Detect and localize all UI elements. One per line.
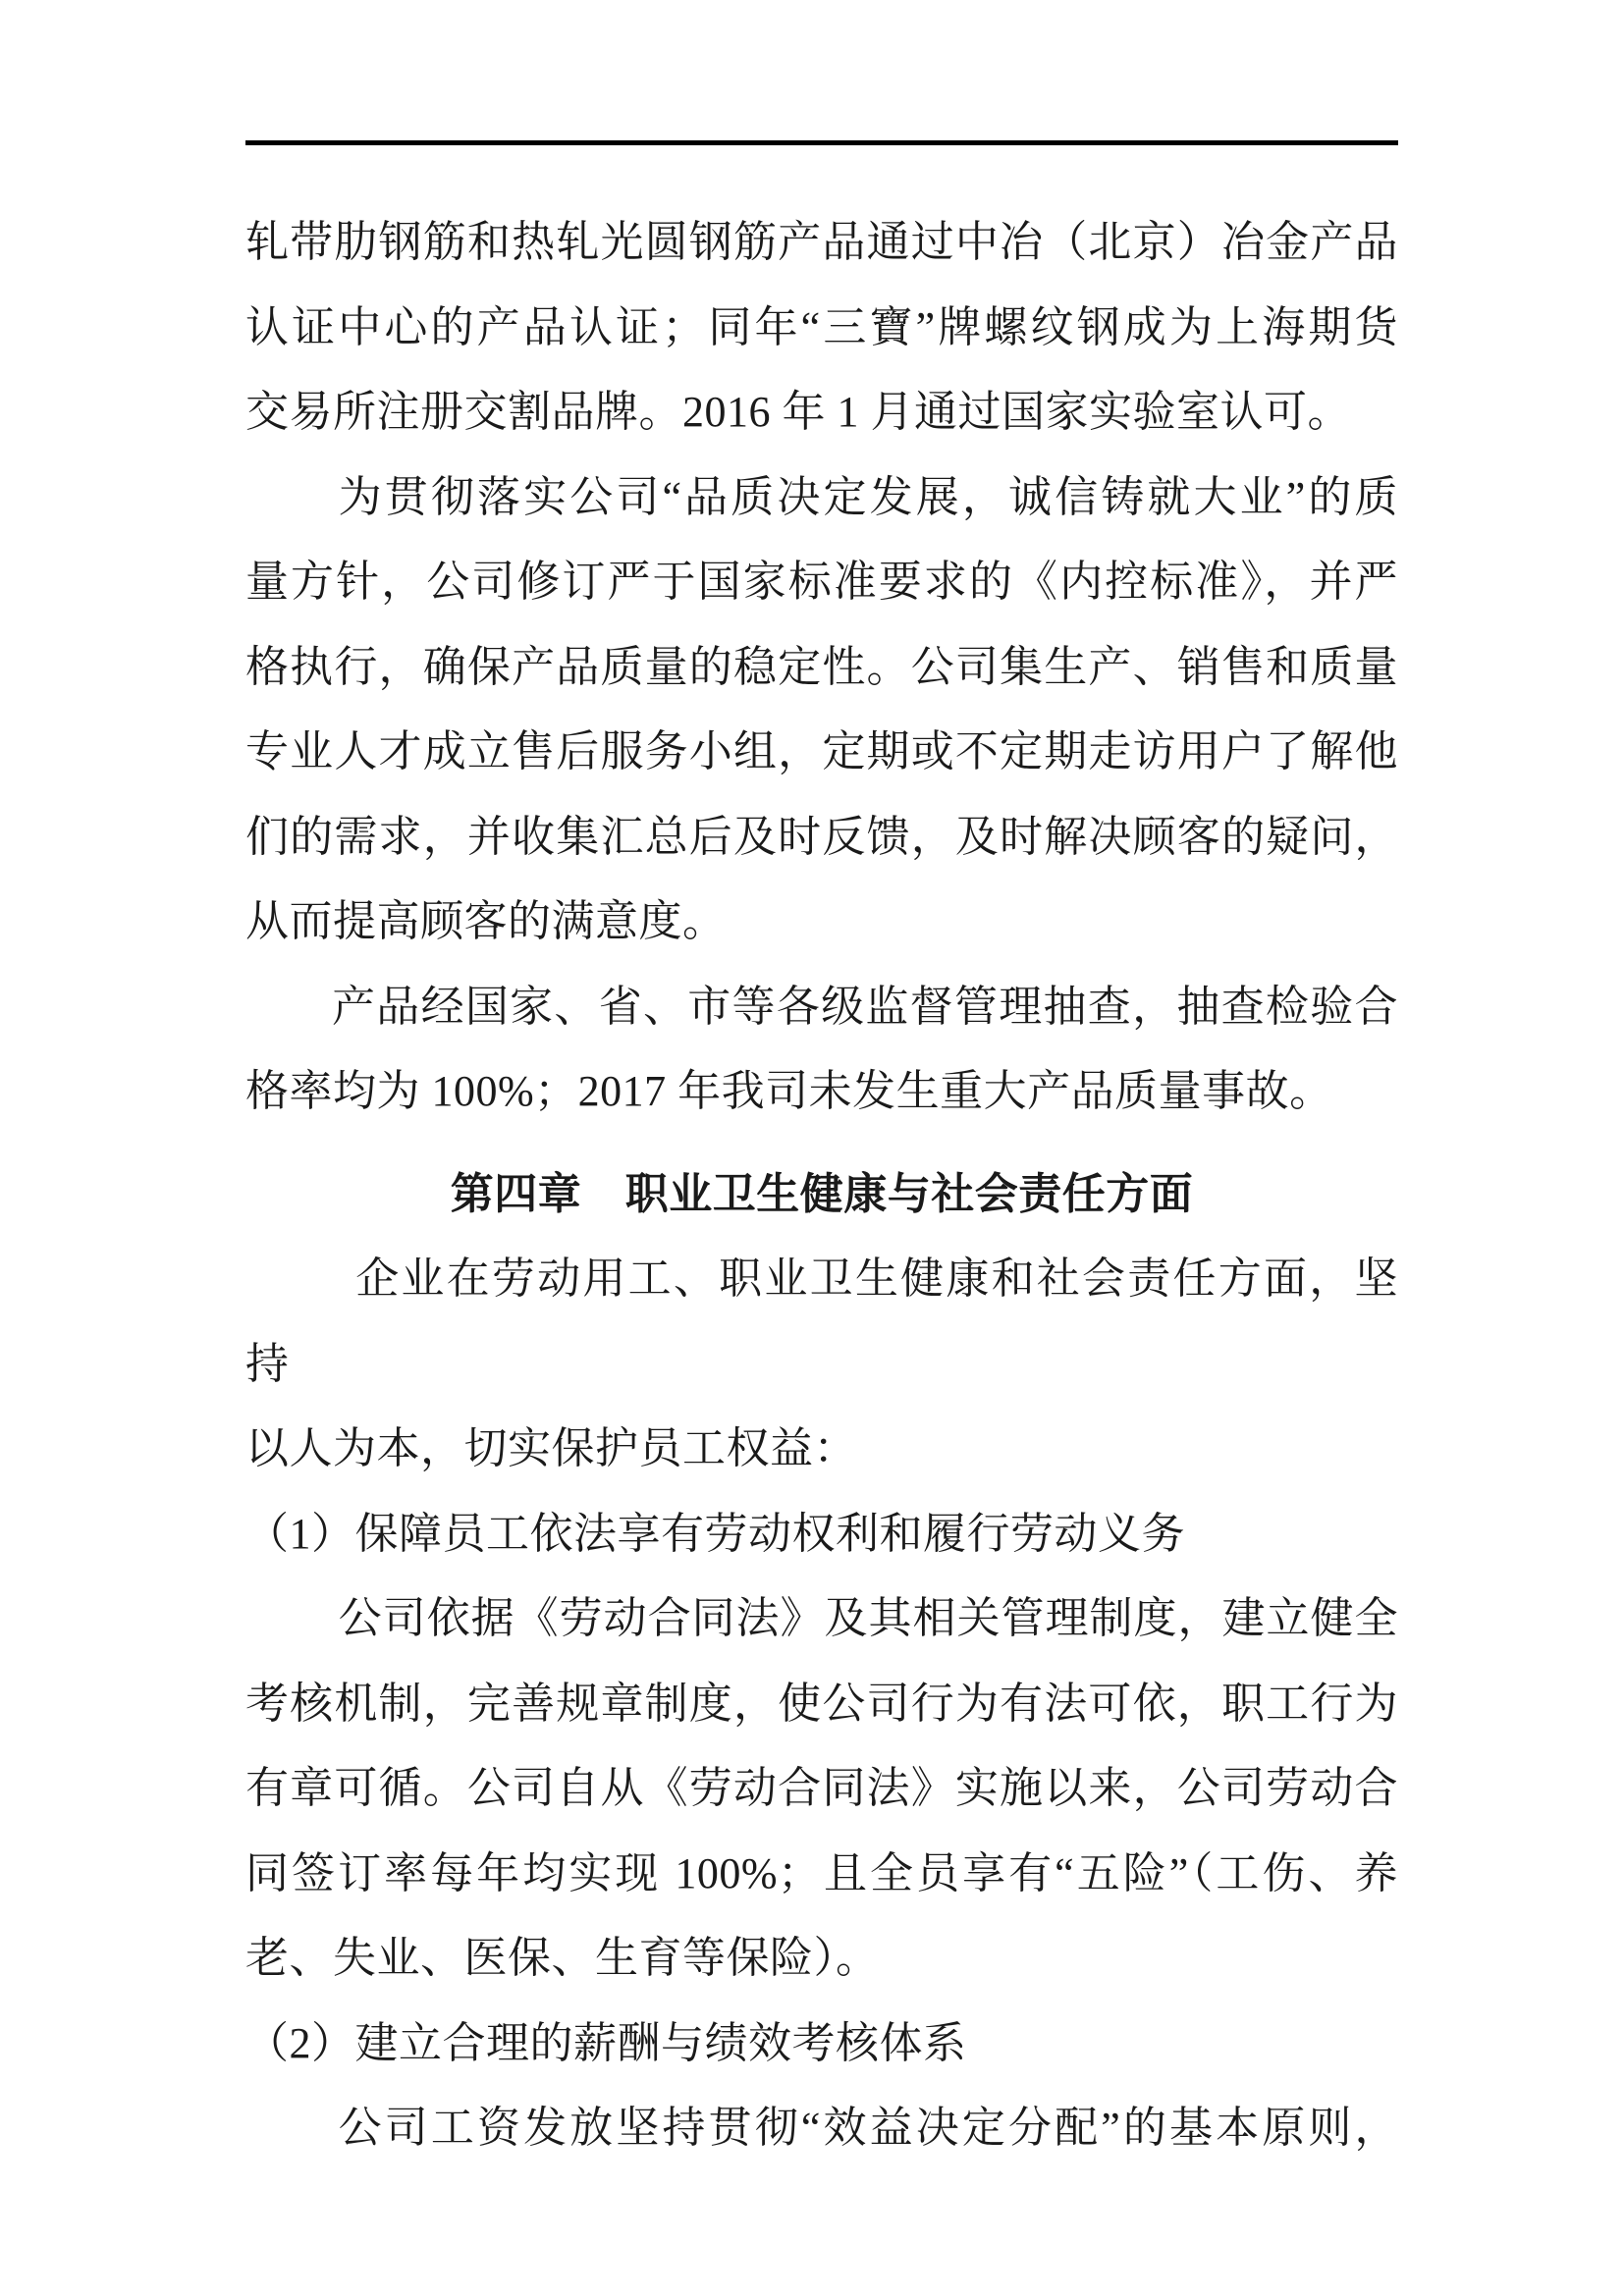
paragraph-line: 从而提高顾客的满意度。 [245, 880, 1398, 965]
document-body: 轧带肋钢筋和热轧光圆钢筋产品通过中冶（北京）冶金产品认证中心的产品认证；同年“三… [245, 200, 1398, 2171]
paragraph-line: 考核机制，完善规章制度，使公司行为有法可依，职工行为 [245, 1662, 1398, 1747]
paragraph-line: 产品经国家、省、市等各级监督管理抽查，抽查检验合 [245, 965, 1398, 1050]
list-item-2: （2）建立合理的薪酬与绩效考核体系 [245, 2002, 1398, 2087]
header-rule [245, 140, 1398, 145]
paragraph-line: 专业人才成立售后服务小组，定期或不定期走访用户了解他 [245, 710, 1398, 795]
paragraph-line: 有章可循。公司自从《劳动合同法》实施以来，公司劳动合 [245, 1746, 1398, 1832]
document-page: 轧带肋钢筋和热轧光圆钢筋产品通过中冶（北京）冶金产品认证中心的产品认证；同年“三… [0, 0, 1624, 2296]
paragraph-line: 认证中心的产品认证；同年“三寶”牌螺纹钢成为上海期货 [245, 286, 1398, 371]
paragraph-line: 老、失业、医保、生育等保险）。 [245, 1916, 1398, 2002]
paragraph-line: 以人为本，切实保护员工权益： [245, 1407, 1398, 1492]
paragraph-line: 同签订率每年均实现 100%；且全员享有“五险”（工伤、养 [245, 1832, 1398, 1917]
paragraph-line: 公司工资发放坚持贯彻“效益决定分配”的基本原则， [245, 2086, 1398, 2171]
paragraph-line: 格率均为 100%；2017 年我司未发生重大产品质量事故。 [245, 1049, 1398, 1135]
paragraph-line: 为贯彻落实公司“品质决定发展，诚信铸就大业”的质 [245, 455, 1398, 541]
paragraph-line: 公司依据《劳动合同法》及其相关管理制度，建立健全 [245, 1576, 1398, 1662]
paragraph-line: 企业在劳动用工、职业卫生健康和社会责任方面，坚持 [245, 1237, 1398, 1407]
paragraph-line: 量方针，公司修订严于国家标准要求的《内控标准》，并严 [245, 540, 1398, 625]
paragraph-line: 格执行，确保产品质量的稳定性。公司集生产、销售和质量 [245, 625, 1398, 711]
list-item-1: （1）保障员工依法享有劳动权利和履行劳动义务 [245, 1492, 1398, 1577]
paragraph-line: 轧带肋钢筋和热轧光圆钢筋产品通过中冶（北京）冶金产品 [245, 200, 1398, 286]
chapter-heading: 第四章 职业卫生健康与社会责任方面 [245, 1152, 1398, 1238]
paragraph-line: 们的需求，并收集汇总后及时反馈，及时解决顾客的疑问， [245, 795, 1398, 881]
paragraph-line: 交易所注册交割品牌。2016 年 1 月通过国家实验室认可。 [245, 370, 1398, 455]
